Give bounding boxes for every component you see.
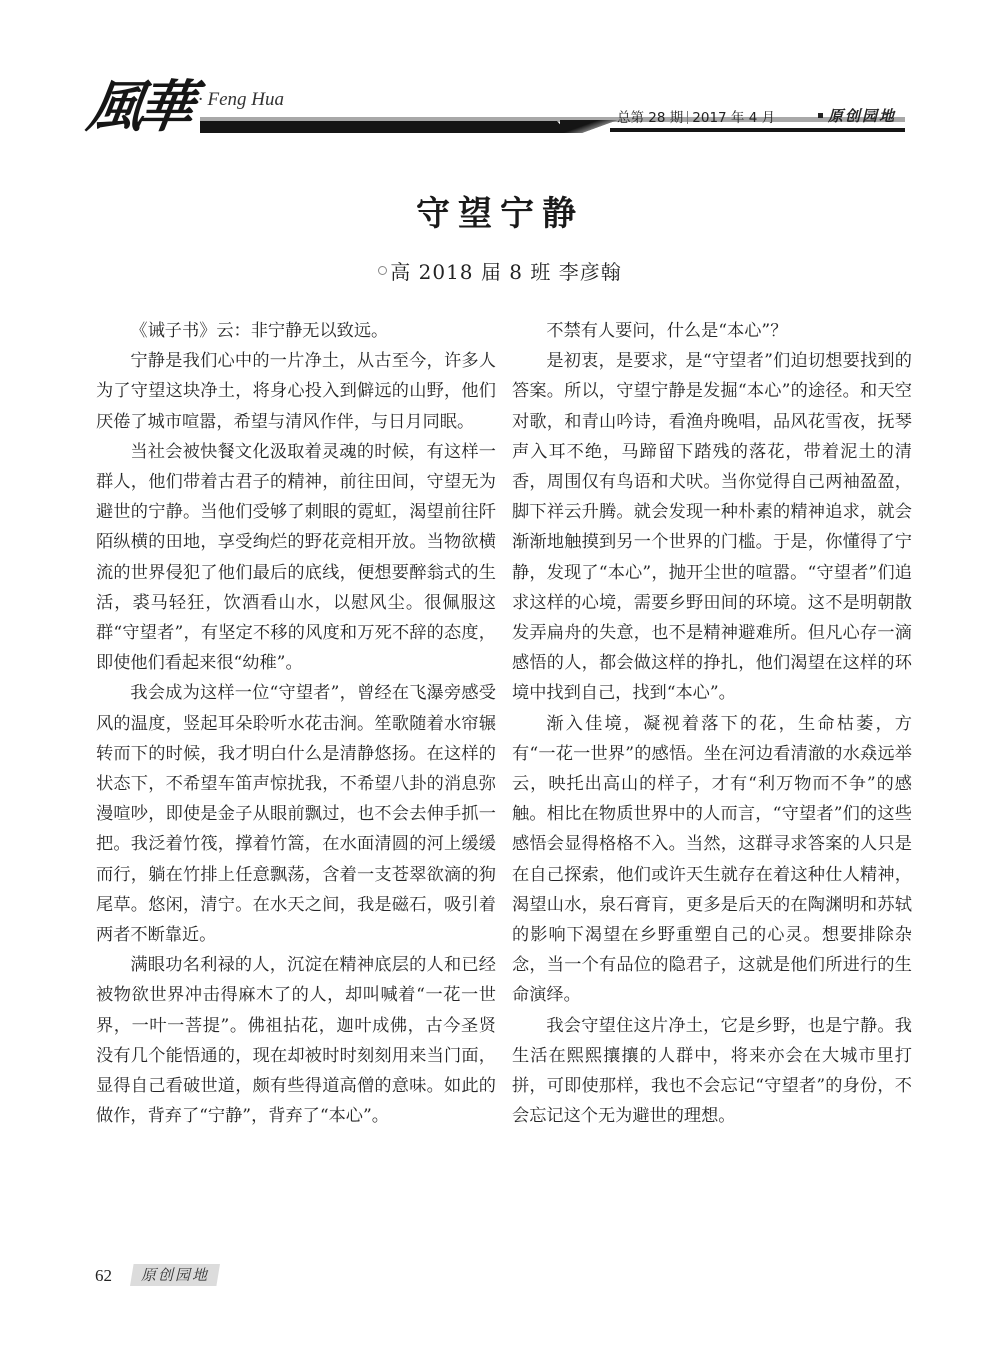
article-byline: 高 2018 届 8 班 李彦翰 bbox=[0, 256, 1000, 285]
paragraph: 《诫子书》云：非宁静无以致远。 bbox=[96, 316, 496, 346]
magazine-logo-latin: · Feng Hua bbox=[198, 89, 284, 111]
paragraph: 不禁有人要问，什么是“本心”？ bbox=[512, 316, 912, 346]
article-title: 守望宁静 bbox=[0, 186, 1000, 235]
footer-section-tag: 原创园地 bbox=[130, 1264, 220, 1286]
header-rule-black bbox=[200, 121, 568, 133]
paragraph: 我会成为这样一位“守望者”，曾经在飞瀑旁感受风的温度，竖起耳朵聆听水花击涧。笙歌… bbox=[96, 678, 496, 950]
issue-separator bbox=[687, 111, 688, 124]
issue-number: 总第 28 期 bbox=[617, 110, 683, 126]
magazine-logo: 風華 bbox=[83, 72, 193, 142]
author-text: 高 2018 届 8 班 李彦翰 bbox=[390, 260, 621, 284]
paragraph: 宁静是我们心中的一片净土，从古至今，许多人为了守望这块净土，将身心投入到僻远的山… bbox=[96, 346, 496, 437]
section-label-text: 原创园地 bbox=[828, 107, 896, 125]
paragraph: 我会守望住这片净土，它是乡野，也是宁静。我生活在熙熙攘攘的人群中，将来亦会在大城… bbox=[512, 1011, 912, 1132]
paragraph: 当社会被快餐文化汲取着灵魂的时候，有这样一群人，他们带着古君子的精神，前往田间，… bbox=[96, 437, 496, 679]
issue-date: 2017 年 4 月 bbox=[692, 110, 775, 126]
header-rule-thin bbox=[610, 128, 905, 132]
circle-bullet-icon bbox=[378, 266, 387, 275]
article-column-left: 《诫子书》云：非宁静无以致远。 宁静是我们心中的一片净土，从古至今，许多人为了守… bbox=[96, 316, 496, 1131]
article-column-right: 不禁有人要问，什么是“本心”？ 是初衷，是要求，是“守望者”们迫切想要找到的答案… bbox=[512, 316, 912, 1131]
section-label: 原创园地 bbox=[818, 105, 896, 126]
paragraph: 是初衷，是要求，是“守望者”们迫切想要找到的答案。所以，守望宁静是发掘“本心”的… bbox=[512, 346, 912, 708]
issue-info: 总第 28 期2017 年 4 月 bbox=[617, 106, 775, 126]
page-number: 62 bbox=[95, 1266, 112, 1286]
square-bullet-icon bbox=[818, 113, 823, 118]
paragraph: 渐入佳境，凝视着落下的花，生命枯萎，方有“一花一世界”的感悟。坐在河边看清澈的水… bbox=[512, 709, 912, 1011]
paragraph: 满眼功名利禄的人，沉淀在精神底层的人和已经被物欲世界冲击得麻木了的人，却叫喊着“… bbox=[96, 950, 496, 1131]
page-header: 風華 · Feng Hua 总第 28 期2017 年 4 月 原创园地 bbox=[0, 0, 1000, 150]
